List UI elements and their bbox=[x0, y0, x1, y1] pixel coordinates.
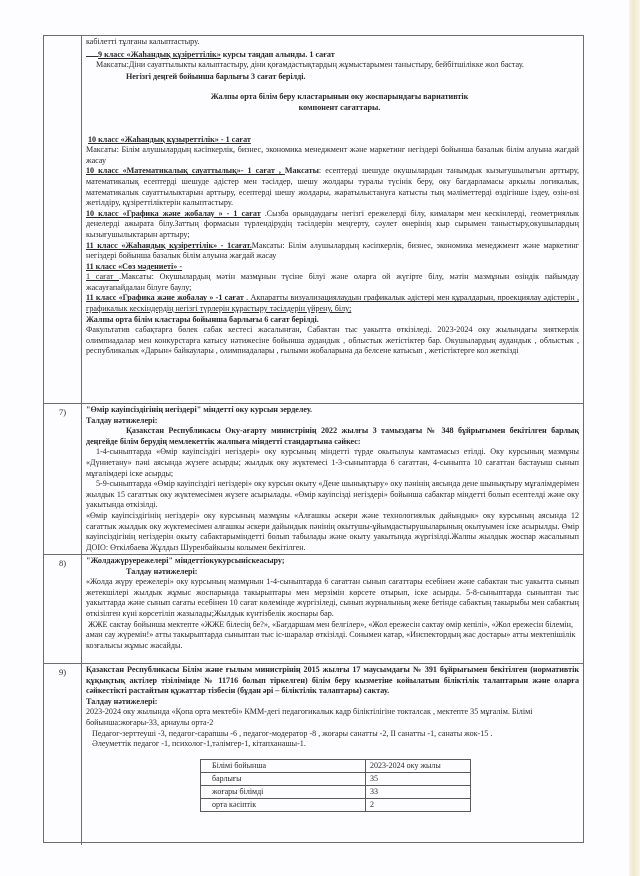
analysis-label: Талдау нәтижелері: bbox=[86, 416, 579, 427]
analysis-label: Талдау нәтижелері: bbox=[86, 697, 579, 708]
stats-value-cell: 33 bbox=[366, 785, 471, 798]
summary-line: Негізгі деңгей бойынша барлығы 3 сағат б… bbox=[86, 72, 579, 83]
course-title-10-graphics: 10 класс «Графика және жобалау » - 1 сағ… bbox=[86, 209, 261, 218]
row-number bbox=[44, 36, 82, 403]
paragraph: 11 класс «Жаһандық кұзіреттілік» - 1саға… bbox=[86, 241, 579, 262]
paragraph: «Өмір кауіпсіздігінің негіздері» оку кур… bbox=[86, 511, 579, 553]
row-content: "Өмір кауіпсіздігінің негіздері" міндетт… bbox=[82, 404, 583, 555]
stats-header-cell: Білімі бойынша bbox=[201, 759, 366, 772]
course-title-11-speech: 11 класс «Сөз мәдениеті» - bbox=[86, 262, 579, 273]
paragraph: 5-9-сыныптарда «Өмір кауіпсіздігі негізд… bbox=[86, 479, 579, 511]
spacer bbox=[86, 114, 579, 135]
paragraph: кабілетті тұлғаны калыптастыру. bbox=[86, 37, 579, 48]
row-content: кабілетті тұлғаны калыптастыру. 9 класс … bbox=[82, 36, 583, 403]
paragraph: 1 сағат .Максаты: Окушылардың мәтін мазм… bbox=[86, 272, 579, 293]
paragraph: 1-4-сыныптарда «Өмір кауіпсіздігі негізд… bbox=[86, 447, 579, 479]
course-title-10-global: 10 класс «Жаһандық кұзыреттілік» - 1 сағ… bbox=[86, 135, 579, 146]
row-title: "Жолдажүруережелері" міндеттіокукурсыніс… bbox=[86, 556, 579, 567]
course-title-10-math: 10 класс «Математикалық сауаттылық»- 1 с… bbox=[86, 166, 285, 175]
paragraph: Максаты:Діни сауаттылыкты калыптастыру, … bbox=[86, 60, 579, 71]
course-title-11-graphics: 11 класс «Графика және жобалау » -1 саға… bbox=[86, 293, 244, 302]
row-number: 7) bbox=[44, 404, 82, 555]
section-heading-line1: Жалпы орта білім беру кластарынын оку жо… bbox=[86, 92, 579, 103]
paragraph: Максаты: Білім алушылардың кәсіпкерлік, … bbox=[86, 145, 579, 166]
paragraph: ЖЖЕ сактау бойынша мектепте «ЖЖЕ білесің… bbox=[86, 620, 579, 652]
education-stats-table: Білімі бойынша 2023-2024 оку жылы барлығ… bbox=[200, 759, 471, 812]
report-table: кабілетті тұлғаны калыптастыру. 9 класс … bbox=[43, 35, 584, 843]
table-row-continuation: кабілетті тұлғаны калыптастыру. 9 класс … bbox=[44, 36, 583, 403]
stats-value-cell: 2 bbox=[366, 798, 471, 811]
course-line-grade9: 9 класс «Жаһандық кұзіреттілік» курсы та… bbox=[86, 48, 579, 61]
section-heading-line2: компонент сағаттары. bbox=[86, 103, 579, 114]
underline-lead bbox=[86, 48, 98, 57]
spacer bbox=[86, 82, 579, 92]
stats-header-row: Білімі бойынша 2023-2024 оку жылы bbox=[201, 759, 471, 772]
row-number: 8) bbox=[44, 555, 82, 664]
paragraph: Педагог-зерттеуші -3, педагог-сарапшы -6… bbox=[86, 729, 579, 740]
row-title: Қазакстан Республикасы Білім және ғылым … bbox=[86, 665, 579, 697]
paragraph: 10 класс «Графика және жобалау » - 1 сағ… bbox=[86, 209, 579, 241]
stats-row: барлығы 35 bbox=[201, 772, 471, 785]
course-title-11-global: 11 класс «Жаһандық кұзіреттілік» - 1саға… bbox=[86, 241, 252, 250]
stats-value-cell: 35 bbox=[366, 772, 471, 785]
paragraph: Әлеуметтік педагог -1, психолог-1,тәлімг… bbox=[86, 739, 579, 750]
stats-label-cell: орта кәсіптік bbox=[201, 798, 366, 811]
row-content: "Жолдажүруережелері" міндеттіокукурсыніс… bbox=[82, 555, 583, 664]
stats-label-cell: барлығы bbox=[201, 772, 366, 785]
paragraph: Қазакстан Республикасы Оку-ағарту минист… bbox=[86, 426, 579, 447]
paragraph: 11 класс «Графика және жобалау » -1 саға… bbox=[86, 293, 579, 314]
stats-row: жоғары білімді 33 bbox=[201, 785, 471, 798]
paragraph: 10 класс «Математикалық сауаттылық»- 1 с… bbox=[86, 166, 579, 208]
stats-header-cell: 2023-2024 оку жылы bbox=[366, 759, 471, 772]
scan-edge-strip bbox=[629, 0, 640, 876]
stats-label-cell: жоғары білімді bbox=[201, 785, 366, 798]
paragraph: 2023-2024 оку жылында «Қопа орта мектебі… bbox=[86, 707, 579, 728]
table-row-7: 7) "Өмір кауіпсіздігінің негіздері" мінд… bbox=[44, 403, 583, 555]
paragraph: «Жолда жүру ережелері» оку курсының мазм… bbox=[86, 577, 579, 619]
table-row-9: 9) Қазакстан Республикасы Білім және ғыл… bbox=[44, 663, 583, 845]
table-row-8: 8) "Жолдажүруережелері" міндеттіокукурсы… bbox=[44, 554, 583, 664]
analysis-label: Талдау нәтижелері: bbox=[86, 567, 579, 578]
paragraph: Факультатив сабақтарға бөлек сабак кесте… bbox=[86, 325, 579, 357]
stats-row: орта кәсіптік 2 bbox=[201, 798, 471, 811]
row-title: "Өмір кауіпсіздігінің негіздері" міндетт… bbox=[86, 405, 579, 416]
row-number: 9) bbox=[44, 664, 82, 845]
summary-line: Жалпы орта білім кластары бойынша барлығ… bbox=[86, 315, 579, 326]
row-content: Қазакстан Республикасы Білім және ғылым … bbox=[82, 664, 583, 845]
